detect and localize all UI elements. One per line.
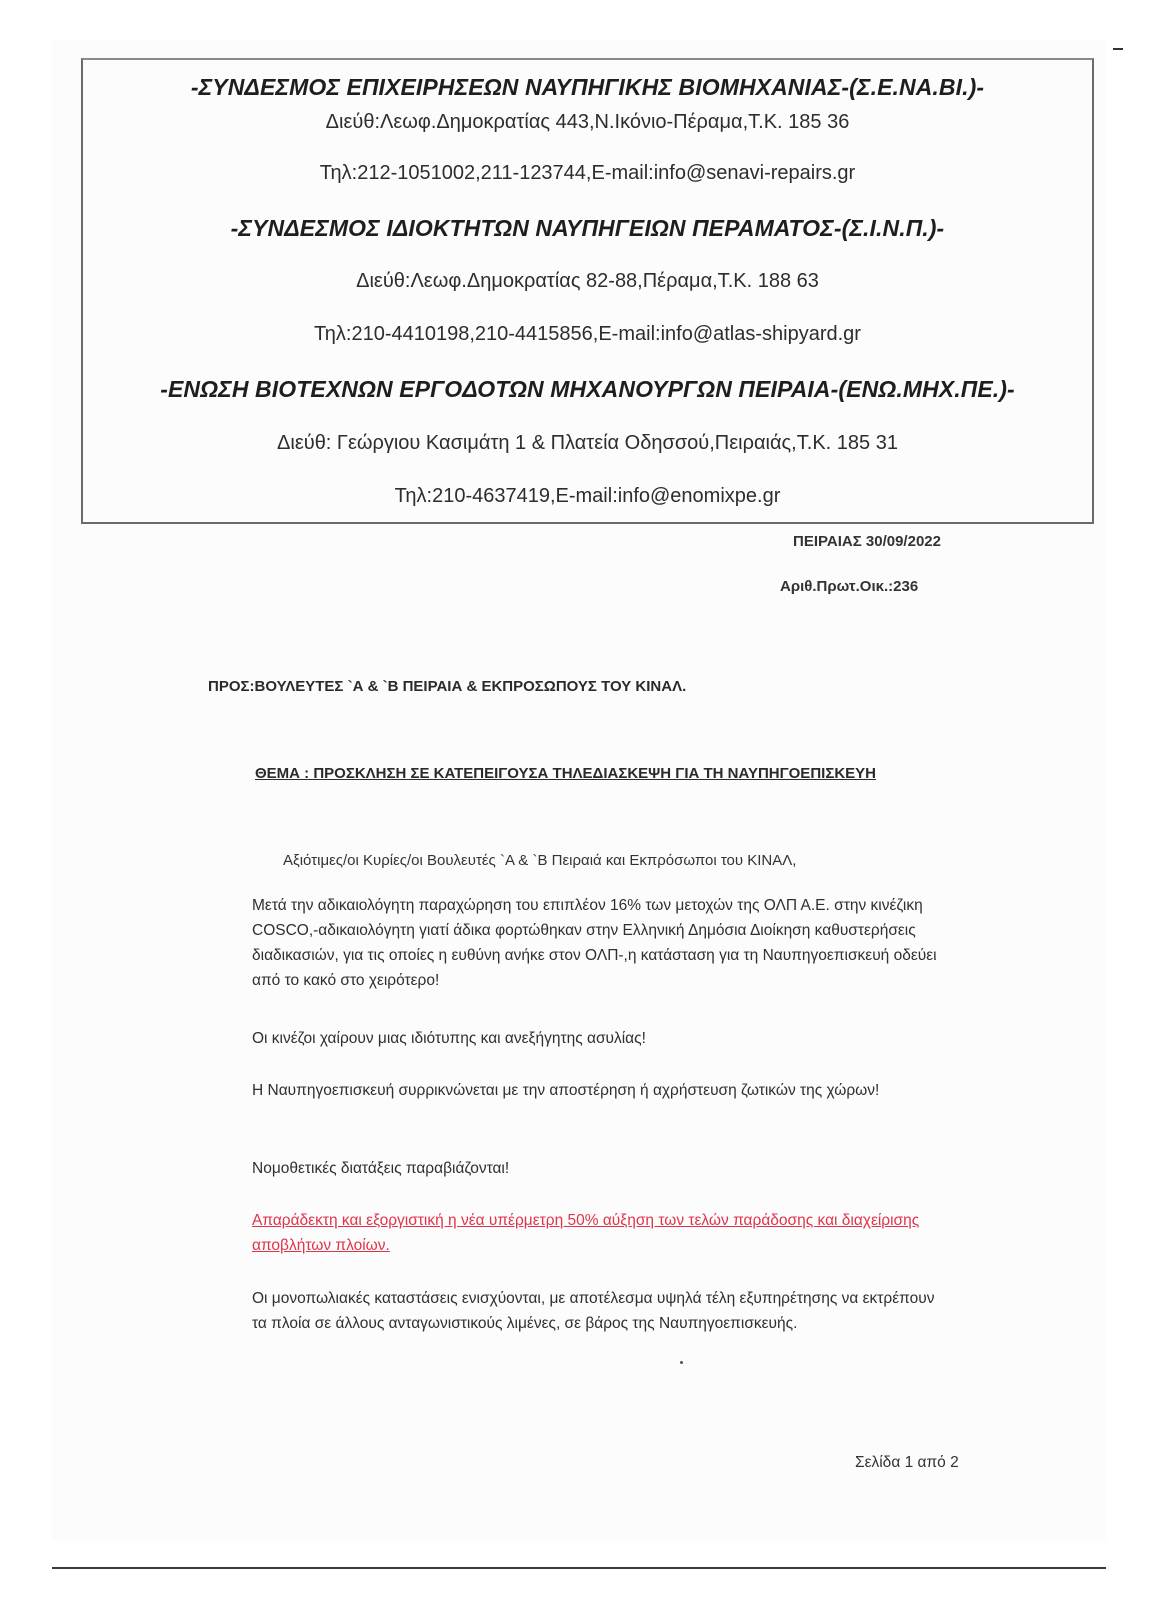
org-2-name: -ΣΥΝΔΕΣΜΟΣ ΙΔΙΟΚΤΗΤΩΝ ΝΑΥΠΗΓΕΙΩΝ ΠΕΡΑΜΑΤ… (83, 215, 1092, 242)
org-2-contact: Τηλ:210-4410198,210-4415856,E-mail:info@… (83, 323, 1092, 346)
body-paragraph: Νομοθετικές διατάξεις παραβιάζονται! (252, 1156, 952, 1181)
page-number: Σελίδα 1 από 2 (855, 1454, 959, 1472)
org-1-contact: Τηλ:212-1051002,211-123744,E-mail:info@s… (83, 162, 1092, 185)
footer-rule (52, 1567, 1106, 1569)
org-3-name: -ΕΝΩΣΗ ΒΙΟΤΕΧΝΩΝ ΕΡΓΟΔΟΤΩΝ ΜΗΧΑΝΟΥΡΓΩΝ Π… (83, 376, 1092, 403)
org-2-address: Διεύθ:Λεωφ.Δημοκρατίας 82-88,Πέραμα,Τ.Κ.… (83, 270, 1092, 293)
body-paragraph: Οι μονοπωλιακές καταστάσεις ενισχύονται,… (252, 1286, 952, 1336)
org-3-contact: Τηλ:210-4637419,E-mail:info@enomixpe.gr (83, 485, 1092, 508)
protocol-number: Αριθ.Πρωτ.Οικ.:236 (780, 578, 918, 595)
subject-line: ΘΕΜΑ : ΠΡΟΣΚΛΗΣΗ ΣΕ ΚΑΤΕΠΕΙΓΟΥΣΑ ΤΗΛΕΔΙΑ… (255, 765, 876, 782)
document-page: -ΣΥΝΔΕΣΜΟΣ ΕΠΙΧΕΙΡΗΣΕΩΝ ΝΑΥΠΗΓΙΚΗΣ ΒΙΟΜΗ… (0, 0, 1163, 1618)
body-paragraph: Μετά την αδικαιολόγητη παραχώρηση του επ… (252, 893, 952, 993)
scan-speck (680, 1361, 683, 1364)
body-paragraph: Η Ναυπηγοεπισκευή συρρικνώνεται με την α… (252, 1078, 952, 1103)
place-date: ΠΕΙΡΑΙΑΣ 30/09/2022 (793, 533, 941, 550)
org-3-address: Διεύθ: Γεώργιου Κασιμάτη 1 & Πλατεία Οδη… (83, 432, 1092, 455)
emphasis-paragraph: Απαράδεκτη και εξοργιστική η νέα υπέρμετ… (252, 1208, 952, 1258)
salutation: Αξιότιμες/οι Κυρίες/οι Βουλευτές `Α & `Β… (283, 852, 796, 869)
org-1-name: -ΣΥΝΔΕΣΜΟΣ ΕΠΙΧΕΙΡΗΣΕΩΝ ΝΑΥΠΗΓΙΚΗΣ ΒΙΟΜΗ… (83, 74, 1092, 101)
org-1-address: Διεύθ:Λεωφ.Δημοκρατίας 443,Ν.Ικόνιο-Πέρα… (83, 111, 1092, 134)
letterhead-box: -ΣΥΝΔΕΣΜΟΣ ΕΠΙΧΕΙΡΗΣΕΩΝ ΝΑΥΠΗΓΙΚΗΣ ΒΙΟΜΗ… (81, 58, 1094, 524)
recipients-line: ΠΡΟΣ:ΒΟΥΛΕΥΤΕΣ `Α & `Β ΠΕΙΡΑΙΑ & ΕΚΠΡΟΣΩ… (208, 678, 686, 695)
scan-mark (1113, 48, 1123, 50)
body-paragraph: Οι κινέζοι χαίρουν μιας ιδιότυπης και αν… (252, 1026, 952, 1051)
